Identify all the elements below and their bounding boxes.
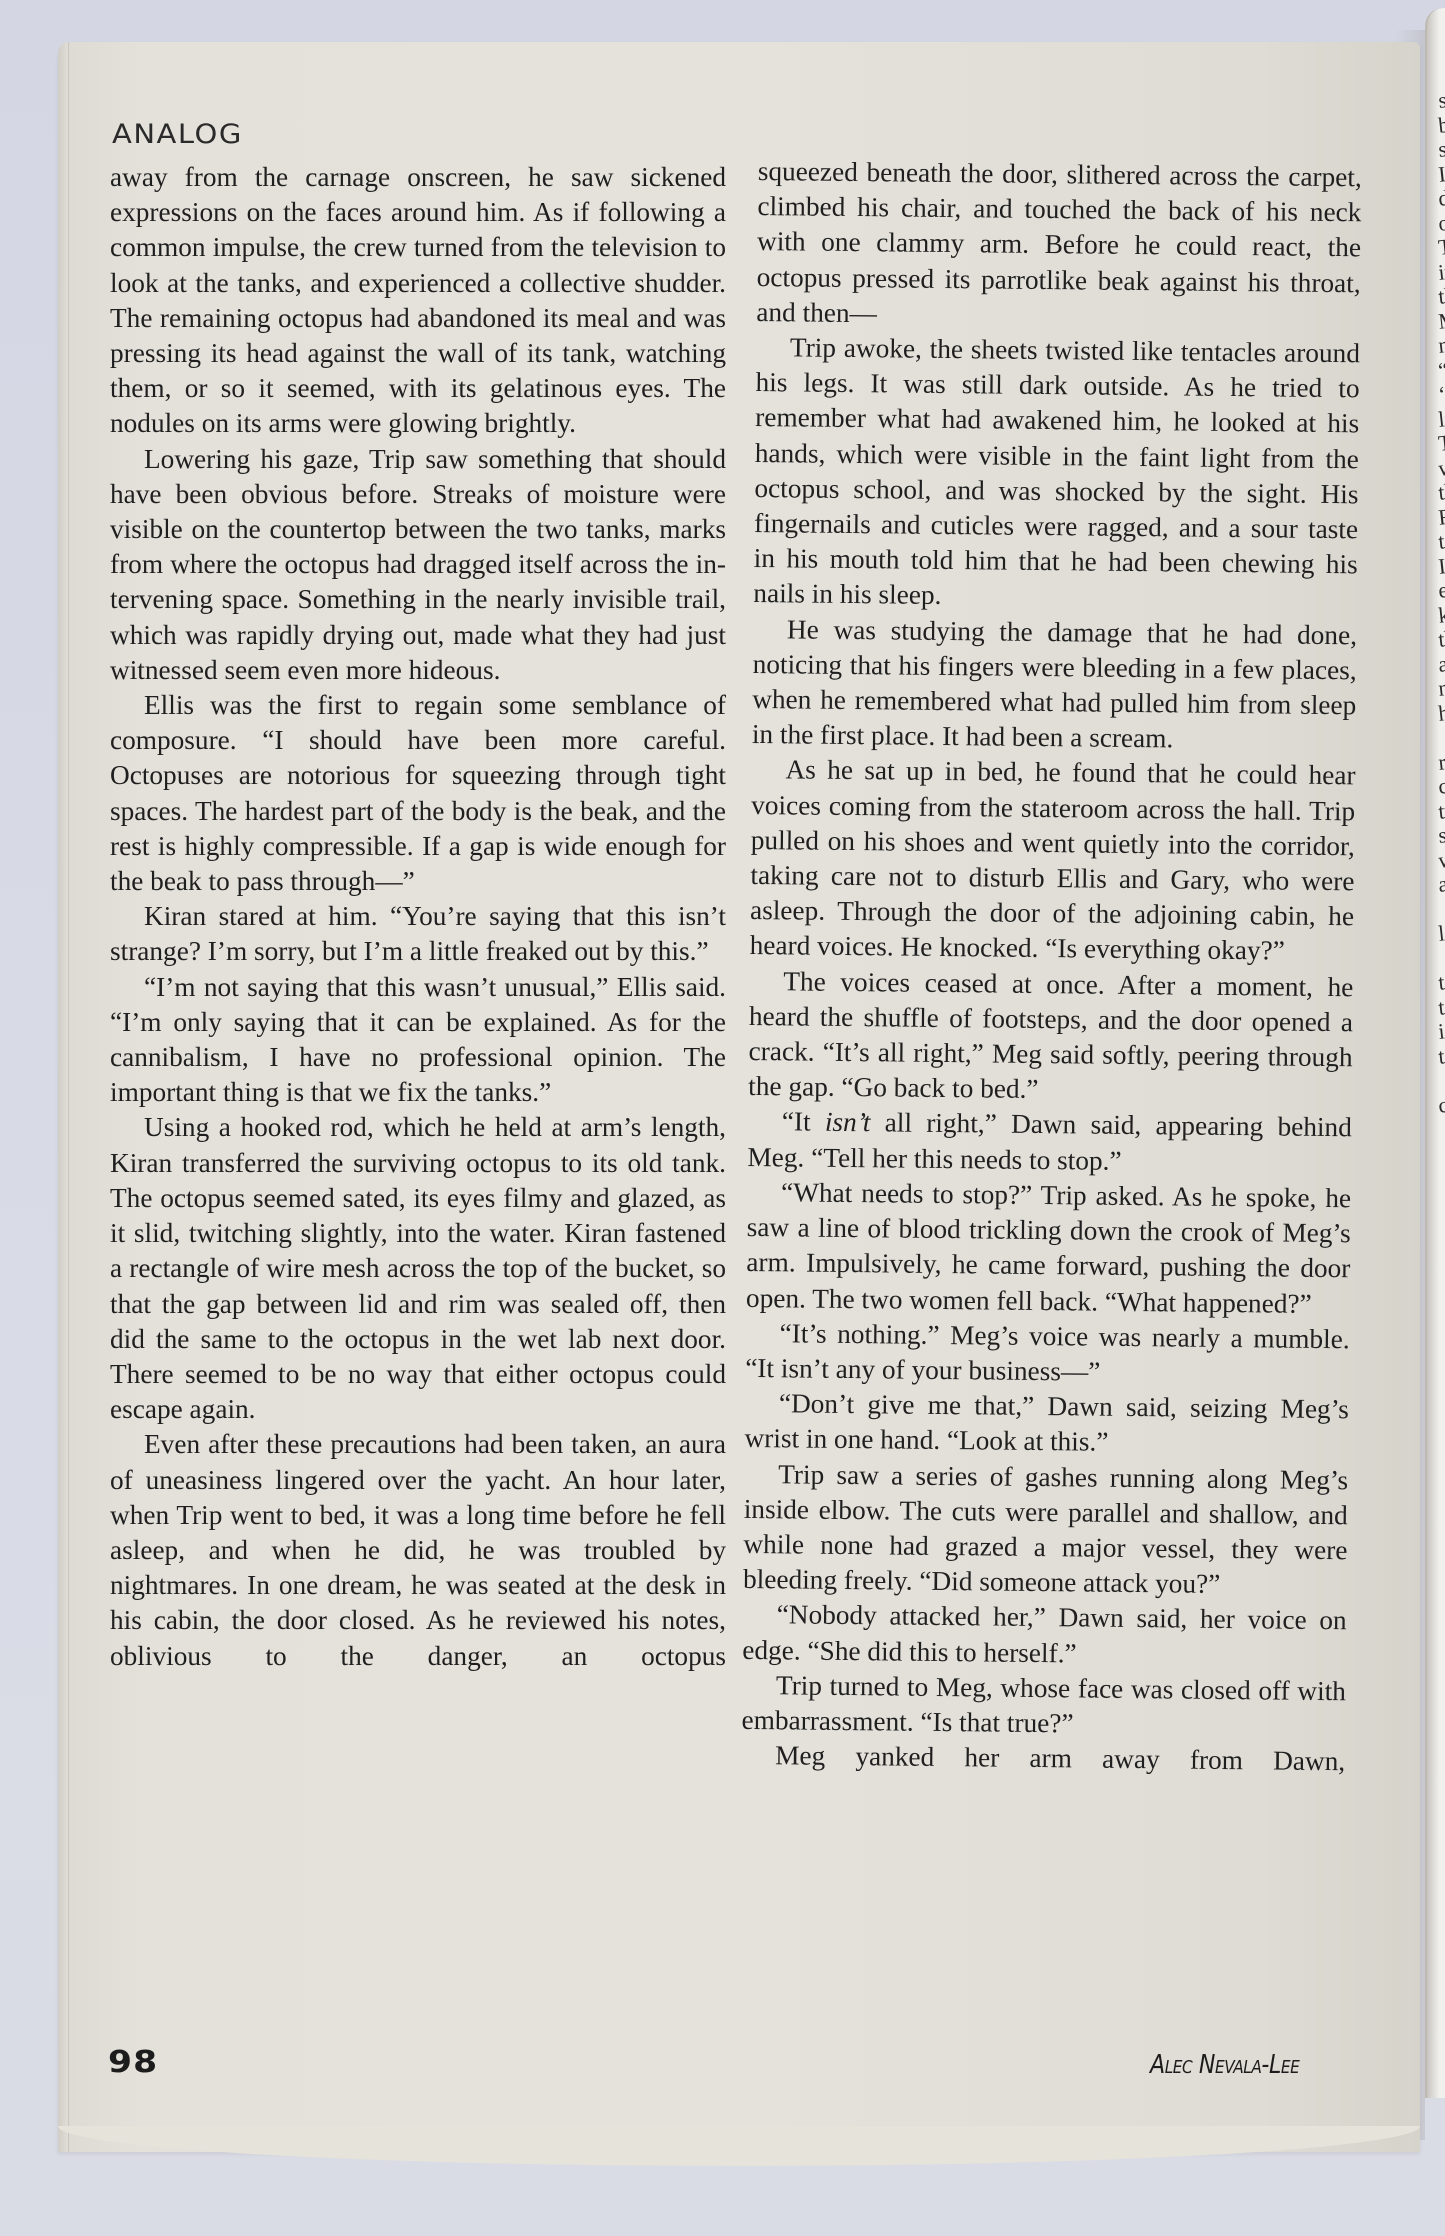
paragraph: Lowering his gaze, Trip saw something th… (110, 442, 726, 688)
paragraph: “I’m not saying that this wasn’t unusual… (110, 970, 726, 1111)
text-run: “It (782, 1107, 825, 1137)
next-page-text-fragment: It's (1437, 159, 1445, 188)
next-page-text-fragment: t (1437, 969, 1445, 995)
next-page-text-fragment: liev (1437, 403, 1445, 432)
paragraph: Ellis was the first to regain some sembl… (110, 688, 726, 899)
next-page-text-fragment: its b (1437, 256, 1445, 286)
paragraph: “Nobody attacked her,” Dawn said, her vo… (742, 1597, 1347, 1674)
next-page-text-fragment: ers (1437, 575, 1445, 604)
next-page-text-fragment: out (1437, 208, 1445, 237)
next-page-text-fragment: I (1437, 553, 1445, 580)
running-header-magazine-title: ANALOG (112, 118, 243, 149)
paragraph: Trip saw a series of gashes running alon… (743, 1456, 1348, 1603)
next-page-text-fragment: kit (1437, 600, 1445, 628)
next-page-text-fragment: M (1437, 306, 1445, 334)
next-page-text-fragment: ne (1437, 674, 1445, 702)
paragraph: Trip turned to Meg, whose face was close… (741, 1668, 1346, 1745)
next-page-text-fragment: ar (1437, 870, 1445, 898)
next-page-text-fragment: i (1437, 1018, 1445, 1044)
next-page-text-fragment: T (1437, 430, 1445, 457)
paragraph: Even after these precautions had been ta… (110, 1427, 726, 1673)
paragraph: Trip awoke, the sheets twisted like tent… (753, 330, 1360, 618)
next-page-text-fragment: cl (1437, 772, 1445, 800)
next-page-text-fragment: the (1437, 624, 1445, 653)
next-page-text-fragment: si (1437, 821, 1445, 848)
paragraph: He was studying the damage that he had d… (752, 612, 1357, 759)
next-page-text-fragment: ‘We (1437, 378, 1445, 408)
next-page-text-fragment: t (1437, 1043, 1445, 1069)
paragraph: “What needs to stop?” Trip asked. As he … (746, 1175, 1351, 1322)
next-page-text-fragment: ho (1437, 698, 1445, 726)
paragraph: As he sat up in bed, he found that he co… (750, 752, 1356, 970)
next-page-text-fragment: big (1437, 110, 1445, 139)
paragraph: Using a hooked rod, which he held at arm… (110, 1110, 726, 1427)
italic-emphasis: isn’t (825, 1107, 871, 1137)
next-page-text-fragment: ro (1437, 748, 1445, 776)
paragraph: squeezed beneath the door, slithered acr… (756, 154, 1362, 336)
paragraph: “Don’t give me that,” Dawn said, seizing… (744, 1386, 1349, 1463)
next-page-text-fragment: tu (1437, 797, 1445, 825)
next-page-text-fragment: wa (1437, 453, 1445, 482)
next-page-text-fragment: w (1437, 846, 1445, 874)
next-page-text-fragment: T (1437, 234, 1445, 261)
next-page-text-fragment: t (1437, 994, 1445, 1020)
next-page-text-fragment: an (1437, 649, 1445, 677)
next-page-text-fragment: Ray (1437, 501, 1445, 531)
text-column-right: squeezed beneath the door, slithered acr… (741, 154, 1362, 1780)
paragraph: The voices ceased at once. After a mo­me… (748, 964, 1353, 1111)
page-number: 98 (108, 2045, 158, 2080)
text-column-left: away from the carnage onscreen, he saw s… (110, 160, 726, 1674)
next-page-text-fragment: nev (1437, 330, 1445, 359)
next-page-text-fragment: stre (1437, 134, 1445, 163)
paragraph-with-italic: “It isn’t all right,” Dawn said, appeari… (747, 1104, 1352, 1181)
next-page-text-fragment: “ (1437, 356, 1445, 383)
paragraph: Meg yanked her arm away from Dawn, (741, 1738, 1345, 1780)
next-page-edge: sencbigstreIt'sdonoutTits bthisMnev“‘Wel… (1425, 8, 1445, 2098)
paragraph: away from the carnage onscreen, he saw s… (110, 160, 726, 442)
paragraph: “It’s nothing.” Meg’s voice was nearly a… (745, 1316, 1350, 1393)
next-page-text-fragment: senc (1437, 84, 1445, 114)
next-page-text-fragment: to (1437, 527, 1445, 555)
next-page-text-fragment: this (1437, 281, 1445, 310)
next-page-text-fragment: lo (1437, 919, 1445, 947)
next-page-text-fragment: c (1437, 1091, 1445, 1118)
author-byline: Alec Nevala-Lee (1150, 2050, 1299, 2080)
next-page-text-fragment: the (1437, 477, 1445, 506)
paragraph: Kiran stared at him. “You’re saying that… (110, 899, 726, 969)
next-page-text-fragment: don (1437, 183, 1445, 212)
